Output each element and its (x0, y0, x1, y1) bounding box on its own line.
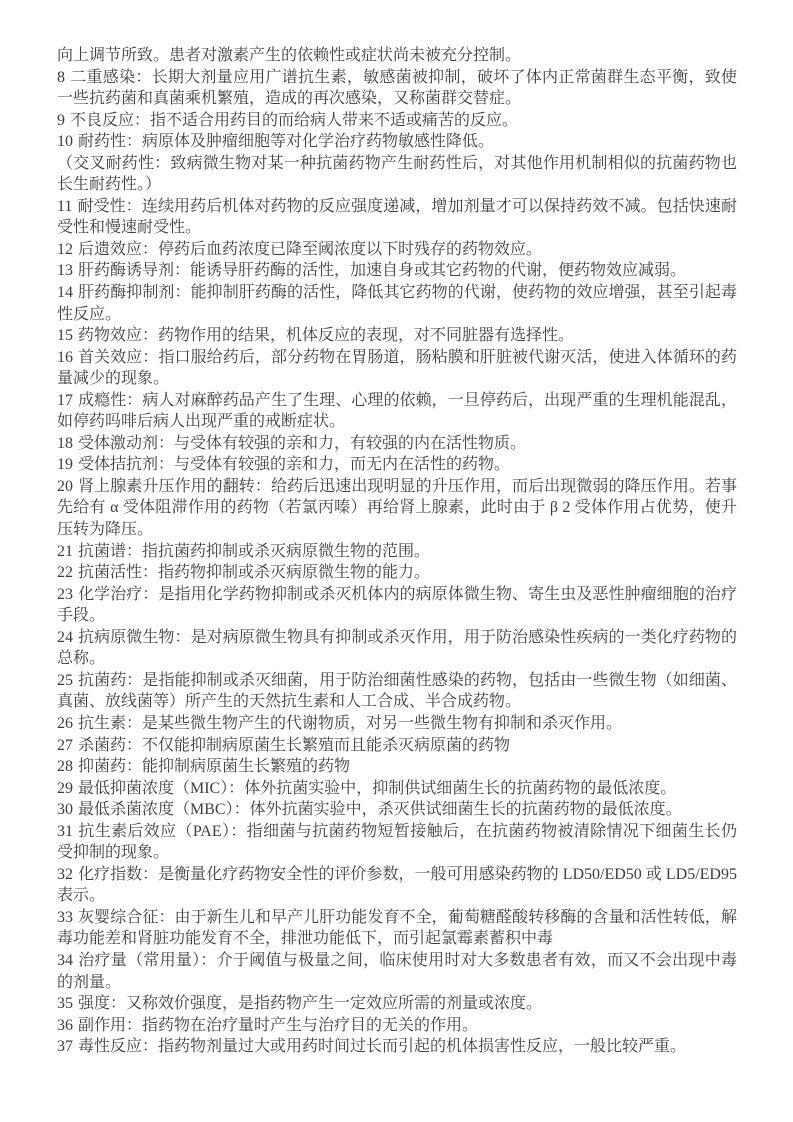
item-number: 11 (57, 198, 72, 215)
item-term: 最低抑菌浓度（MIC） (78, 780, 228, 797)
item-number: 17 (57, 392, 73, 409)
item-term: 灰婴综合征 (78, 909, 158, 926)
item-definition: 指不适合用药目的而给病人带来不适或痛苦的反应。 (150, 112, 518, 129)
item-separator: ： (142, 586, 158, 603)
item-separator: ： (158, 456, 174, 473)
definitions-list: 向上调节所致。患者对激素产生的依赖性或症状尚未被充分控制。 8二重感染：长期大剂… (57, 45, 737, 1058)
item-separator: ： (126, 133, 142, 150)
item-separator: ： (234, 801, 250, 818)
item-number: 23 (57, 586, 73, 603)
item-definition: 与受体有较强的亲和力，而无内在活性的药物。 (174, 456, 510, 473)
item-number: 34 (57, 952, 73, 969)
item-term: 药物效应 (78, 327, 142, 344)
item-separator: ： (126, 758, 142, 775)
item-definition: 指药物剂量过大或用药时间过长而引起的机体损害性反应，一般比较严重。 (158, 1038, 686, 1055)
item-definition: 体外抗菌实验中，杀灭供试细菌生长的抗菌药物的最低浓度。 (250, 801, 682, 818)
item-term: 二重感染 (70, 69, 135, 86)
definition-item: 37毒性反应：指药物剂量过大或用药时间过长而引起的机体损害性反应，一般比较严重。 (57, 1036, 737, 1058)
item-definition: 能诱导肝药酶的活性，加速自身或其它药物的代谢，便药物效应减弱。 (190, 262, 686, 279)
item-number: 30 (57, 801, 73, 818)
item-term: 最低杀菌浓度（MBC） (78, 801, 234, 818)
definition-item: 14肝药酶抑制剂：能抑制肝药酶的活性，降低其它药物的代谢，使药物的效应增强，甚至… (57, 282, 737, 325)
item-number: 29 (57, 780, 73, 797)
item-term: 抑菌药 (78, 758, 126, 775)
definition-item: 21抗菌谱：指抗菌药抑制或杀灭病原微生物的范围。 (57, 541, 737, 563)
item-separator: ： (126, 672, 142, 689)
item-definition: 病人对麻醉药品产生了生理、心理的依赖，一旦停药后，出现严重的生理机能混乱，如停药… (57, 392, 737, 431)
item-number: 12 (57, 241, 73, 258)
item-number: 31 (57, 823, 73, 840)
definition-item: 9不良反应：指不适合用药目的而给病人带来不适或痛苦的反应。 (57, 110, 737, 132)
item-term: 副作用 (78, 1017, 126, 1034)
item-term: 抗病原微生物 (78, 629, 175, 646)
item-separator: ： (135, 69, 151, 86)
item-term: 化学治疗 (78, 586, 142, 603)
item-number: 27 (57, 737, 73, 754)
definition-item: 12后遗效应：停药后血药浓度已降至阈浓度以下时残存的药物效应。 (57, 239, 737, 261)
item-term: 首关效应 (78, 349, 142, 366)
item-term: 肝药酶诱导剂 (78, 262, 174, 279)
item-term: 抗菌药 (78, 672, 126, 689)
item-term: 抗生素后效应（PAE） (78, 823, 230, 840)
definition-item: 17成瘾性：病人对麻醉药品产生了生理、心理的依赖，一旦停药后，出现严重的生理机能… (57, 390, 737, 433)
definition-item: 20肾上腺素升压作用的翻转：给药后迅速出现明显的升压作用，而后出现微弱的降压作用… (57, 476, 737, 541)
item-number: 19 (57, 456, 73, 473)
item-separator: ： (142, 349, 158, 366)
item-separator: ： (142, 327, 158, 344)
definition-item: 35强度：又称效价强度，是指药物产生一定效应所需的剂量或浓度。 (57, 993, 737, 1015)
definition-item: 23化学治疗：是指用化学药物抑制或杀灭机体内的病原体微生物、寄生虫及恶性肿瘤细胞… (57, 584, 737, 627)
item-separator: ： (142, 866, 158, 883)
item-definition: 向上调节所致。患者对激素产生的依赖性或症状尚未被充分控制。 (57, 47, 521, 64)
item-separator: ： (126, 392, 142, 409)
item-separator: ： (126, 198, 142, 215)
item-number: 33 (57, 909, 73, 926)
item-number: 25 (57, 672, 73, 689)
item-definition: 体外抗菌实验中，抑制供试细菌生长的抗菌药物的最低浓度。 (244, 780, 676, 797)
definition-item: 向上调节所致。患者对激素产生的依赖性或症状尚未被充分控制。 (57, 45, 737, 67)
item-number: 22 (57, 564, 73, 581)
item-term: 受体拮抗剂 (78, 456, 158, 473)
item-definition: 指抗菌药抑制或杀灭病原微生物的范围。 (142, 543, 430, 560)
definition-item: 33灰婴综合征：由于新生儿和早产儿肝功能发育不全，葡萄糖醛酸转移酶的含量和活性转… (57, 907, 737, 950)
item-term: 成瘾性 (78, 392, 126, 409)
item-separator: ： (142, 564, 158, 581)
item-number: 37 (57, 1038, 73, 1055)
definition-item: 15药物效应：药物作用的结果，机体反应的表现，对不同脏器有选择性。 (57, 325, 737, 347)
definition-item: 11耐受性：连续用药后机体对药物的反应强度递减，增加剂量才可以保持药效不减。包括… (57, 196, 737, 239)
item-number: 35 (57, 995, 73, 1012)
item-number: 13 (57, 262, 73, 279)
item-term: 肾上腺素升压作用的翻转 (78, 478, 255, 495)
item-separator: ： (230, 823, 246, 840)
definition-item: （交叉耐药性：致病微生物对某一种抗菌药物产生耐药性后，对其他作用机制相似的抗菌药… (57, 153, 737, 196)
definition-item: 24抗病原微生物：是对病原微生物具有抑制或杀灭作用，用于防治感染性疾病的一类化疗… (57, 627, 737, 670)
item-definition: 病原体及肿瘤细胞等对化学治疗药物敏感性降低。 (142, 133, 494, 150)
item-separator: ： (110, 995, 126, 1012)
item-term: 后遗效应 (78, 241, 142, 258)
item-number: 18 (57, 435, 73, 452)
item-definition: 是衡量化疗药物安全性的评价参数，一般可用感染药物的 LD50/ED50 或 LD… (57, 866, 737, 905)
item-separator: ： (126, 737, 142, 754)
document-page: 向上调节所致。患者对激素产生的依赖性或症状尚未被充分控制。 8二重感染：长期大剂… (0, 0, 793, 1122)
item-definition: 是指用化学药物抑制或杀灭机体内的病原体微生物、寄生虫及恶性肿瘤细胞的治疗手段。 (57, 586, 737, 625)
item-separator: ： (174, 262, 190, 279)
item-definition: 不仅能抑制病原菌生长繁殖而且能杀灭病原菌的药物 (142, 737, 510, 754)
item-term: 肝药酶抑制剂 (78, 284, 175, 301)
definition-item: 34治疗量（常用量）：介于阈值与极量之间，临床使用时对大多数患者有效，而又不会出… (57, 950, 737, 993)
item-definition: 又称效价强度，是指药物产生一定效应所需的剂量或浓度。 (126, 995, 542, 1012)
definition-item: 8二重感染：长期大剂量应用广谱抗生素，敏感菌被抑制，破坏了体内正常菌群生态平衡，… (57, 67, 737, 110)
item-term: 耐药性 (78, 133, 126, 150)
item-term: 杀菌药 (78, 737, 126, 754)
item-number: 9 (57, 112, 65, 129)
item-number: 8 (57, 69, 65, 86)
item-definition: 连续用药后机体对药物的反应强度递减，增加剂量才可以保持药效不减。包括快速耐受性和… (57, 198, 737, 237)
item-term: 毒性反应 (78, 1038, 142, 1055)
definition-item: 31抗生素后效应（PAE）：指细菌与抗菌药物短暂接触后，在抗菌药物被清除情况下细… (57, 821, 737, 864)
definition-item: 19受体拮抗剂：与受体有较强的亲和力，而无内在活性的药物。 (57, 454, 737, 476)
item-definition: 能抑制病原菌生长繁殖的药物 (142, 758, 350, 775)
item-separator: ： (228, 780, 244, 797)
item-term: 抗生素 (78, 715, 126, 732)
definition-item: 36副作用：指药物在治疗量时产生与治疗目的无关的作用。 (57, 1015, 737, 1037)
definition-item: 22抗菌活性：指药物抑制或杀灭病原微生物的能力。 (57, 562, 737, 584)
item-separator: ： (255, 478, 271, 495)
definition-item: 26抗生素：是某些微生物产生的代谢物质，对另一些微生物有抑制和杀灭作用。 (57, 713, 737, 735)
definition-item: 16首关效应：指口服给药后，部分药物在胃肠道，肠粘膜和肝脏被代谢灭活，使进入体循… (57, 347, 737, 390)
item-term: 强度 (78, 995, 110, 1012)
item-separator: ： (142, 1038, 158, 1055)
item-separator: ： (175, 629, 191, 646)
definition-item: 32化疗指数：是衡量化疗药物安全性的评价参数，一般可用感染药物的 LD50/ED… (57, 864, 737, 907)
item-separator: ： (126, 543, 142, 560)
item-number: 16 (57, 349, 73, 366)
item-definition: 是某些微生物产生的代谢物质，对另一些微生物有抑制和杀灭作用。 (142, 715, 622, 732)
item-definition: 指药物抑制或杀灭病原微生物的能力。 (158, 564, 430, 581)
item-term: 抗菌谱 (78, 543, 126, 560)
item-definition: 药物作用的结果，机体反应的表现，对不同脏器有选择性。 (158, 327, 574, 344)
item-number: 36 (57, 1017, 73, 1034)
item-number: 28 (57, 758, 73, 775)
definition-item: 18受体激动剂：与受体有较强的亲和力，有较强的内在活性物质。 (57, 433, 737, 455)
item-definition: 指药物在治疗量时产生与治疗目的无关的作用。 (142, 1017, 478, 1034)
item-definition: 指口服给药后，部分药物在胃肠道，肠粘膜和肝脏被代谢灭活，使进入体循环的药量减少的… (57, 349, 737, 388)
definition-item: 10耐药性：病原体及肿瘤细胞等对化学治疗药物敏感性降低。 (57, 131, 737, 153)
item-separator: ： (158, 909, 174, 926)
item-separator: ： (158, 435, 174, 452)
item-separator: ： (142, 241, 158, 258)
item-definition: 与受体有较强的亲和力，有较强的内在活性物质。 (174, 435, 526, 452)
item-term: 抗菌活性 (78, 564, 142, 581)
item-term: 耐受性 (77, 198, 125, 215)
definition-item: 30最低杀菌浓度（MBC）：体外抗菌实验中，杀灭供试细菌生长的抗菌药物的最低浓度… (57, 799, 737, 821)
item-number: 24 (57, 629, 73, 646)
definition-item: 28抑菌药：能抑制病原菌生长繁殖的药物 (57, 756, 737, 778)
item-number: 32 (57, 866, 73, 883)
item-term: 受体激动剂 (78, 435, 158, 452)
item-separator: ： (134, 112, 150, 129)
item-number: 20 (57, 478, 73, 495)
item-definition: （交叉耐药性：致病微生物对某一种抗菌药物产生耐药性后，对其他作用机制相似的抗菌药… (57, 155, 737, 194)
item-separator: ： (175, 284, 191, 301)
item-definition: 是指能抑制或杀灭细菌，用于防治细菌性感染的药物，包括由一些微生物（如细菌、真菌、… (57, 672, 737, 711)
item-definition: 停药后血药浓度已降至阈浓度以下时残存的药物效应。 (158, 241, 542, 258)
definition-item: 29最低抑菌浓度（MIC）：体外抗菌实验中，抑制供试细菌生长的抗菌药物的最低浓度… (57, 778, 737, 800)
item-number: 21 (57, 543, 73, 560)
item-term: 不良反应 (70, 112, 134, 129)
definition-item: 13肝药酶诱导剂：能诱导肝药酶的活性，加速自身或其它药物的代谢，便药物效应减弱。 (57, 260, 737, 282)
item-number: 15 (57, 327, 73, 344)
item-number: 26 (57, 715, 73, 732)
item-number: 10 (57, 133, 73, 150)
item-separator: ： (200, 952, 216, 969)
item-definition: 长期大剂量应用广谱抗生素，敏感菌被抑制，破坏了体内正常菌群生态平衡，致使一些抗药… (57, 69, 737, 108)
item-separator: ： (126, 715, 142, 732)
definition-item: 25抗菌药：是指能抑制或杀灭细菌，用于防治细菌性感染的药物，包括由一些微生物（如… (57, 670, 737, 713)
item-number: 14 (57, 284, 73, 301)
definition-item: 27杀菌药：不仅能抑制病原菌生长繁殖而且能杀灭病原菌的药物 (57, 735, 737, 757)
item-separator: ： (126, 1017, 142, 1034)
item-term: 化疗指数 (78, 866, 142, 883)
item-term: 治疗量（常用量） (78, 952, 200, 969)
